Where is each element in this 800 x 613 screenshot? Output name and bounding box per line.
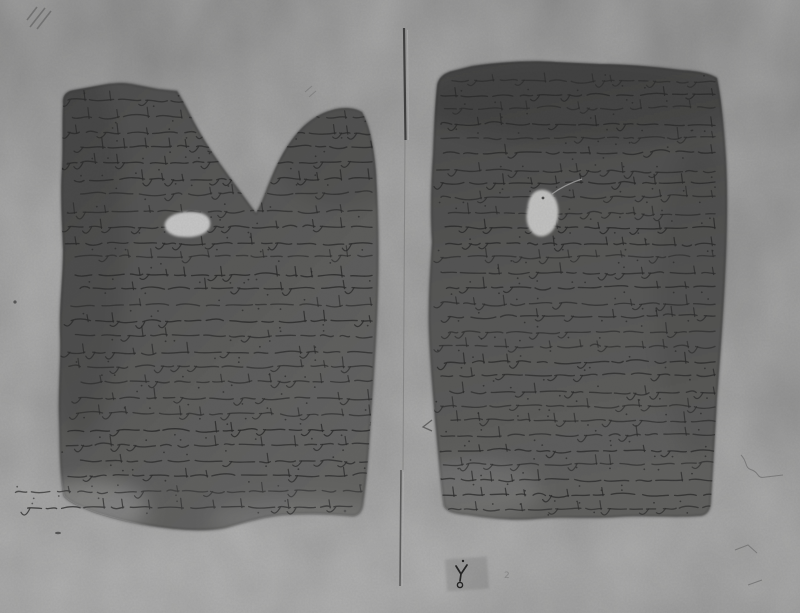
film-grain	[0, 0, 800, 613]
manuscript-photo: 2	[0, 0, 800, 613]
manuscript-scene: 2	[0, 0, 800, 613]
